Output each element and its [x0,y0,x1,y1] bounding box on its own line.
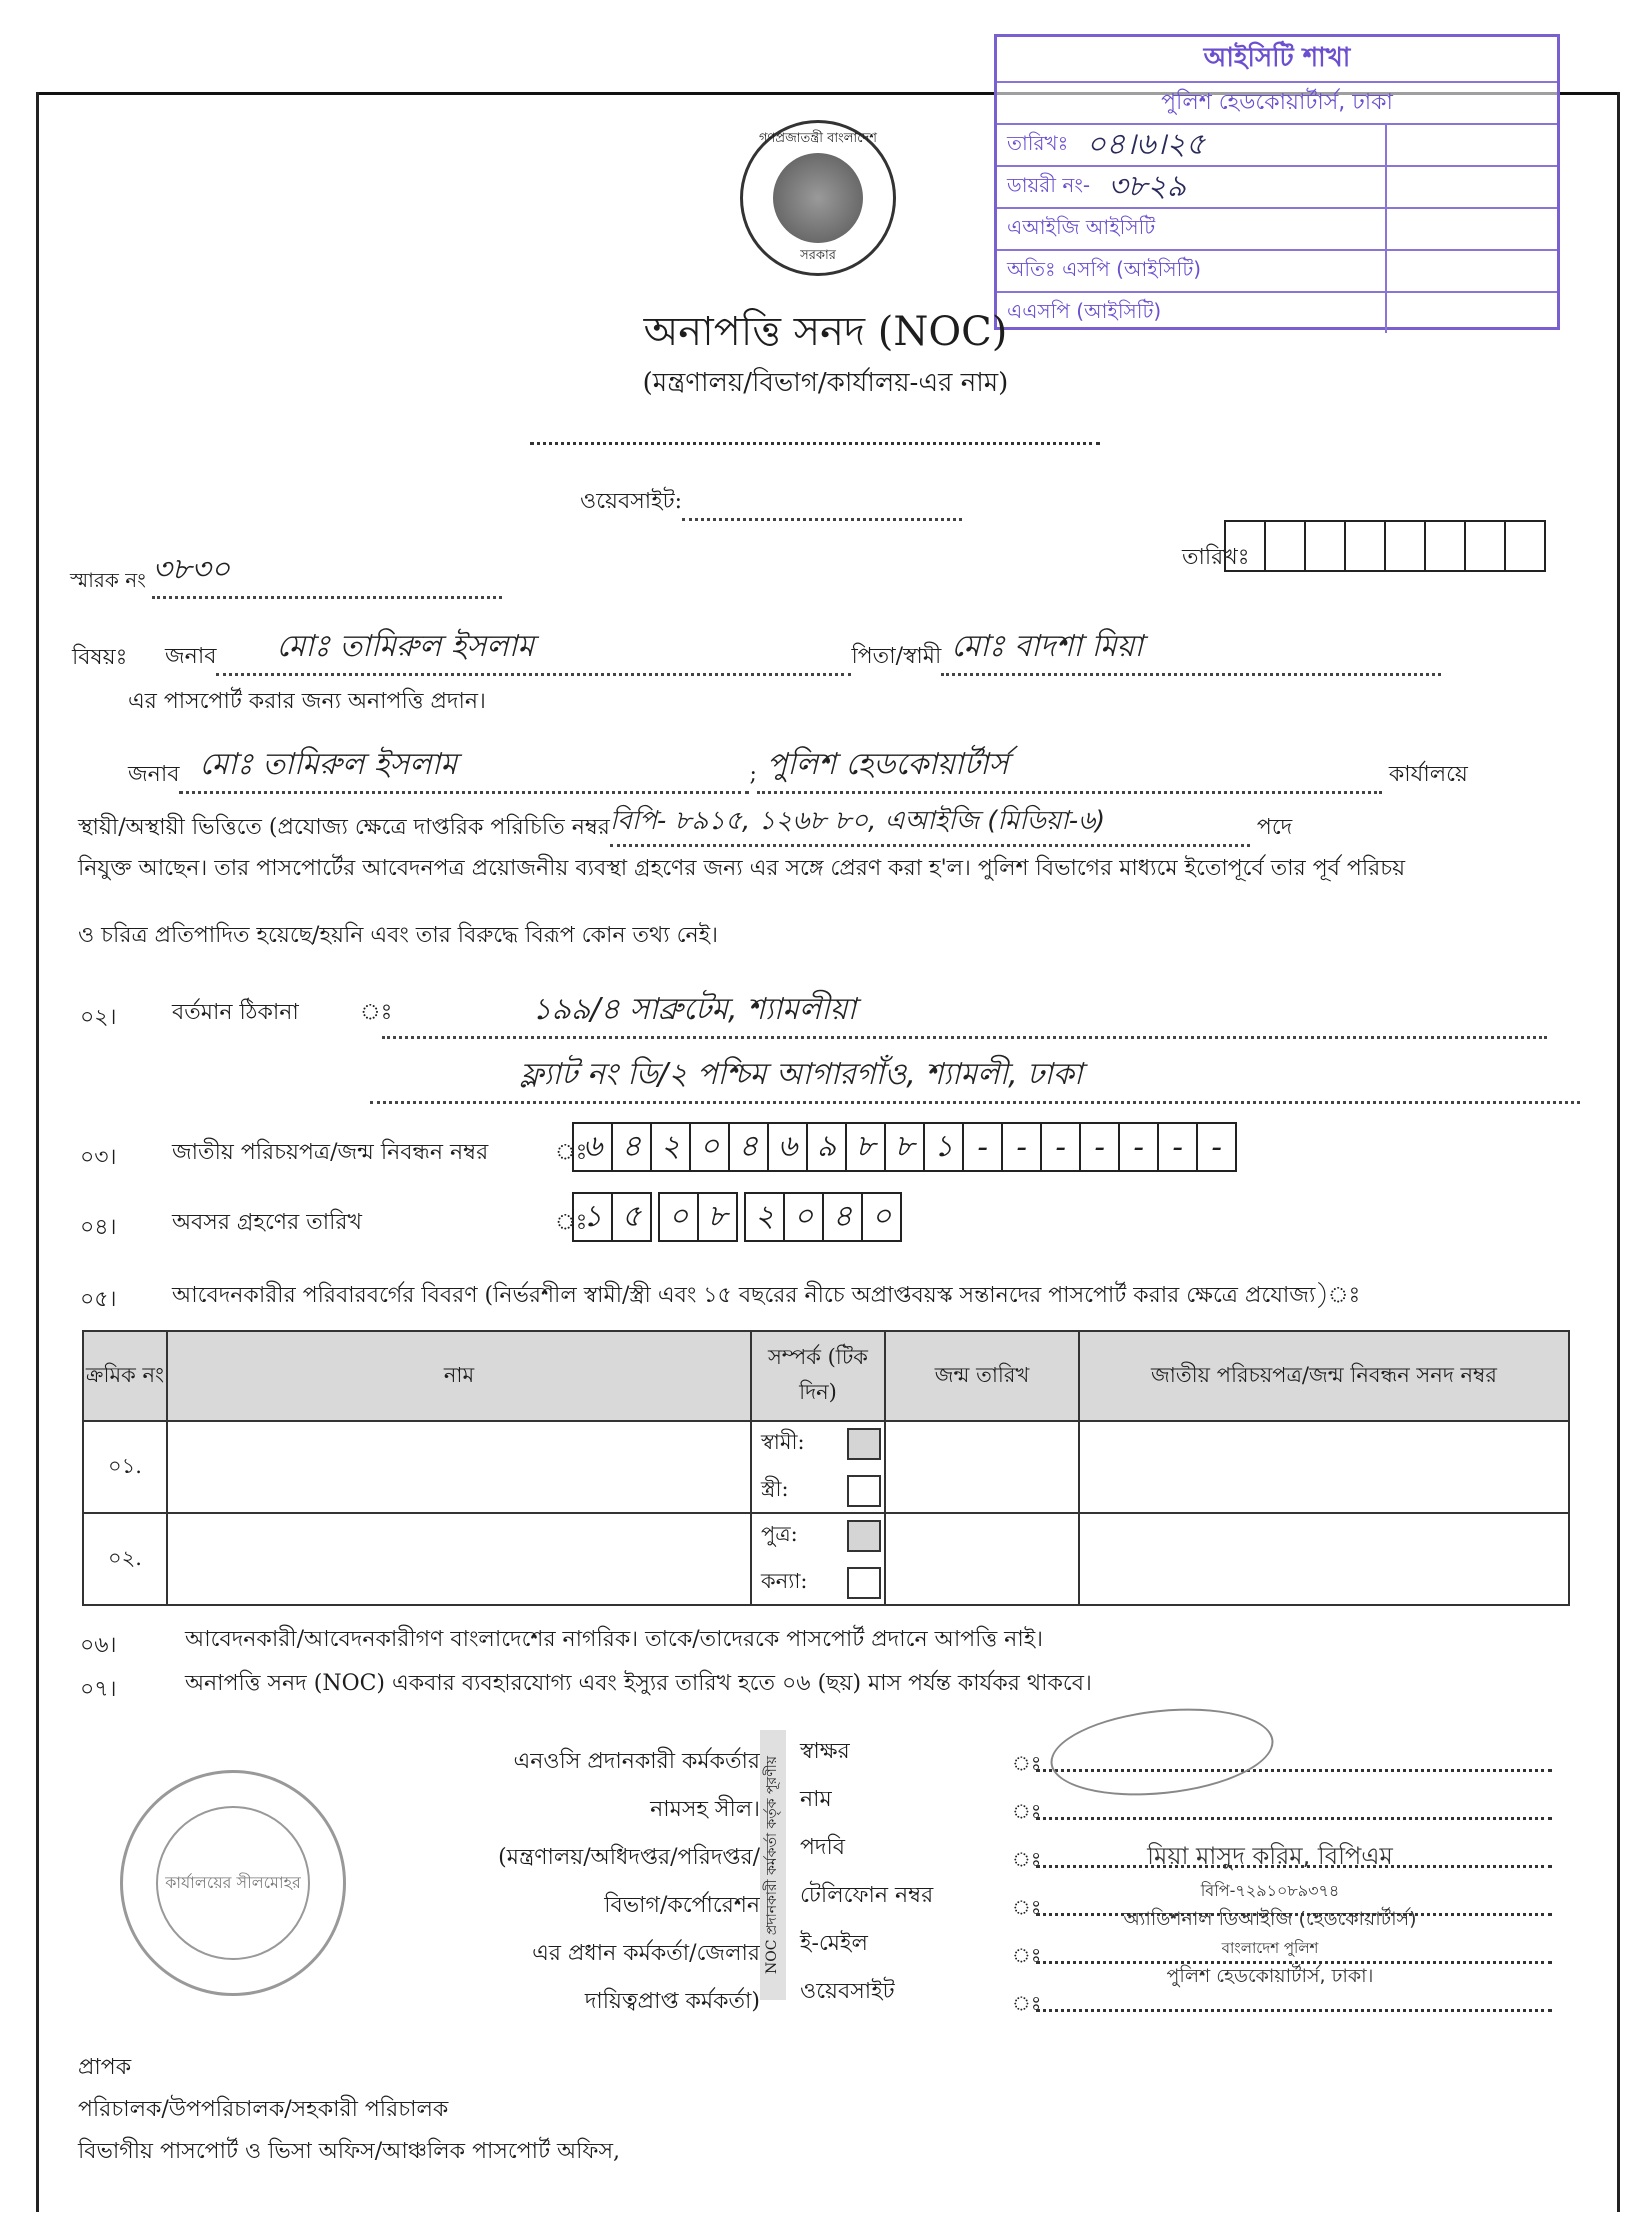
officer-name-stamp: মিয়া মাসুদ করিম, বিপিএম বিপি-৭২৯১০৮৯৩৭৪… [1040,1838,1500,1994]
retirement-digit-cell[interactable]: ১ [574,1194,613,1240]
stamp-row-diary: ডায়রী নং-৩৮২৯ [997,167,1557,209]
body-line2: স্থায়ী/অস্থায়ী ভিত্তিতে (প্রযোজ্য ক্ষে… [78,800,1292,847]
government-emblem: গণপ্রজাতন্ত্রী বাংলাদেশ সরকার [740,120,896,276]
document-subtitle: (মন্ত্রণালয়/বিভাগ/কার্যালয়-এর নাম) [0,362,1651,406]
retirement-date-boxes[interactable]: ১৫০৮২০৪০ [572,1192,902,1242]
stamp-row-aig: এআইজি আইসিটি [997,209,1557,251]
nid-digit-cell[interactable]: ৬ [769,1124,808,1170]
col-dob: জন্ম তারিখ [885,1331,1079,1421]
address-line1[interactable]: ১৯৯/৪ সাব্রুটেম, শ্যামলীয়া [382,985,1547,1039]
office-name-input[interactable]: পুলিশ হেডকোয়ার্টার্স [757,740,1382,794]
family-nid-cell[interactable] [1079,1513,1569,1605]
page-border-left [36,92,39,2212]
retirement-digit-cell[interactable]: ০ [863,1194,900,1240]
memo-field: স্মারক নং ৩৮৩০ [70,545,502,599]
nid-digit-cell[interactable]: ৪ [730,1124,769,1170]
col-serial: ক্রমিক নং [83,1331,167,1421]
checkbox-husband[interactable] [847,1428,881,1460]
nid-digit-cell[interactable]: ০ [691,1124,730,1170]
retirement-date-group[interactable]: ১৫ [572,1192,652,1242]
retirement-digit-cell[interactable]: ৪ [824,1194,863,1240]
memo-date-boxes[interactable] [1224,520,1546,572]
website-field: ওয়েবসাইট: [580,484,962,521]
body-para2: ও চরিত্র প্রতিপাদিত হয়েছে/হয়নি এবং তার… [78,925,718,947]
nid-digit-cell[interactable]: ৪ [613,1124,652,1170]
nid-label: জাতীয় পরিচয়পত্র/জন্ম নিবন্ধন নম্বর [172,1135,488,1172]
nid-digit-cell[interactable]: - [1120,1124,1159,1170]
table-row: ০১. স্বামী: স্ত্রী: [83,1421,1569,1513]
nid-digit-cell[interactable]: ১ [925,1124,964,1170]
retirement-label: অবসর গ্রহণের তারিখ [172,1205,362,1242]
stamp-title: আইসিটি শাখা [997,37,1557,83]
family-table: ক্রমিক নং নাম সম্পর্ক (টিক দিন) জন্ম তার… [82,1330,1570,1606]
family-name-cell[interactable] [167,1513,751,1605]
stamp-diary-value: ৩৮২৯ [1108,162,1186,213]
employee-name-input[interactable]: মোঃ তামিরুল ইসলাম [179,740,749,794]
official-id-input[interactable]: বিপি- ৮৯১৫, ১২৬৮ ৮০, এআইজি (মিডিয়া-৬) [610,800,1250,847]
item-02-number: ০২। [80,1000,116,1037]
clause-07-number: ০৭। [80,1672,116,1709]
nid-digit-cell[interactable]: - [1198,1124,1235,1170]
retirement-digit-cell[interactable]: ৫ [613,1194,650,1240]
clause-07-text: অনাপত্তি সনদ (NOC) একবার ব্যবহারযোগ্য এব… [185,1666,1092,1703]
col-relation: সম্পর্ক (টিক দিন) [751,1331,885,1421]
stamp-row-date: তারিখঃ০৪।৬।২৫ [997,125,1557,167]
document-title: অনাপত্তি সনদ (NOC) [0,300,1651,367]
family-nid-cell[interactable] [1079,1421,1569,1513]
clause-06-number: ০৬। [80,1628,116,1665]
recipient-line1: পরিচালক/উপপরিচালক/সহকারী পরিচালক [78,2092,448,2129]
family-dob-cell[interactable] [885,1513,1079,1605]
address-line2[interactable]: ফ্ল্যাট নং ডি/২ পশ্চিম আগারগাঁও, শ্যামলী… [370,1050,1580,1104]
recipient-label: প্রাপক [78,2050,131,2087]
ict-branch-stamp: আইসিটি শাখা পুলিশ হেডকোয়ার্টার্স, ঢাকা … [994,34,1560,330]
checkbox-wife[interactable] [847,1475,881,1507]
nid-digit-cell[interactable]: - [964,1124,1003,1170]
office-seal: কার্যালয়ের সীলমোহর [120,1770,346,1996]
nid-digit-cell[interactable]: - [1042,1124,1081,1170]
family-name-cell[interactable] [167,1421,751,1513]
family-label: আবেদনকারীর পরিবারবর্গের বিবরণ (নির্ভরশীল… [172,1278,1360,1315]
subject-label: বিষয়ঃ [72,640,127,677]
item-05-number: ০৫। [80,1282,116,1319]
checkbox-son[interactable] [847,1520,881,1552]
nid-digit-cell[interactable]: - [1003,1124,1042,1170]
page-border-right [1617,92,1620,2212]
recipient-line2: বিভাগীয় পাসপোর্ট ও ভিসা অফিস/আঞ্চলিক পা… [78,2134,620,2171]
nid-digit-boxes[interactable]: ৬৪২০৪৬৯৮৮১------- [572,1122,1237,1172]
subject-name-input[interactable]: মোঃ তামিরুল ইসলাম [216,622,851,676]
item-03-number: ০৩। [80,1140,116,1177]
stamp-subtitle: পুলিশ হেডকোয়ার্টার্স, ঢাকা [997,83,1557,125]
memo-input[interactable]: ৩৮৩০ [152,545,502,599]
retirement-digit-cell[interactable]: ০ [660,1194,699,1240]
family-dob-cell[interactable] [885,1421,1079,1513]
retirement-digit-cell[interactable]: ৮ [699,1194,736,1240]
nid-digit-cell[interactable]: ৯ [808,1124,847,1170]
checkbox-daughter[interactable] [847,1567,881,1599]
nid-digit-cell[interactable]: - [1159,1124,1198,1170]
nid-digit-cell[interactable]: - [1081,1124,1120,1170]
subject-line: জনাবমোঃ তামিরুল ইসলামপিতা/স্বামীমোঃ বাদশ… [165,622,1545,676]
issuing-officer-instructions: এনওসি প্রদানকারী কর্মকর্তার নামসহ সীল। (… [430,1738,760,2026]
col-name: নাম [167,1331,751,1421]
stamp-row-addl-sp: অতিঃ এসপি (আইসিটি) [997,251,1557,293]
father-name-input[interactable]: মোঃ বাদশা মিয়া [941,622,1441,676]
bangladesh-map-icon [773,153,863,243]
website-input[interactable] [682,518,962,521]
retirement-digit-cell[interactable]: ০ [785,1194,824,1240]
body-line1: জনাবমোঃ তামিরুল ইসলাম;পুলিশ হেডকোয়ার্টা… [128,740,1468,794]
nid-digit-cell[interactable]: ৮ [847,1124,886,1170]
retirement-date-group[interactable]: ০৮ [658,1192,738,1242]
noc-officer-strip: NOC প্রদানকারী কর্মকর্তা কর্তৃক পূরণীয় [760,1730,786,2000]
retirement-date-group[interactable]: ২০৪০ [744,1192,902,1242]
item-04-number: ০৪। [80,1210,116,1247]
nid-digit-cell[interactable]: ৬ [574,1124,613,1170]
col-nid: জাতীয় পরিচয়পত্র/জন্ম নিবন্ধন সনদ নম্বর [1079,1331,1569,1421]
nid-digit-cell[interactable]: ২ [652,1124,691,1170]
signature-field-labels: স্বাক্ষর নাম পদবি টেলিফোন নম্বর ই-মেইল ও… [800,1728,933,2016]
table-row: ০২. পুত্র: কন্যা: [83,1513,1569,1605]
body-para1: নিযুক্ত আছেন। তার পাসপোর্টের আবেদনপত্র প… [78,858,1548,880]
address-label: বর্তমান ঠিকানা [172,995,299,1032]
nid-digit-cell[interactable]: ৮ [886,1124,925,1170]
retirement-digit-cell[interactable]: ২ [746,1194,785,1240]
clause-06-text: আবেদনকারী/আবেদনকারীগণ বাংলাদেশের নাগরিক।… [185,1622,1043,1659]
subject-line2: এর পাসপোর্ট করার জন্য অনাপত্তি প্রদান। [128,684,486,721]
ministry-name-line[interactable] [530,442,1100,445]
